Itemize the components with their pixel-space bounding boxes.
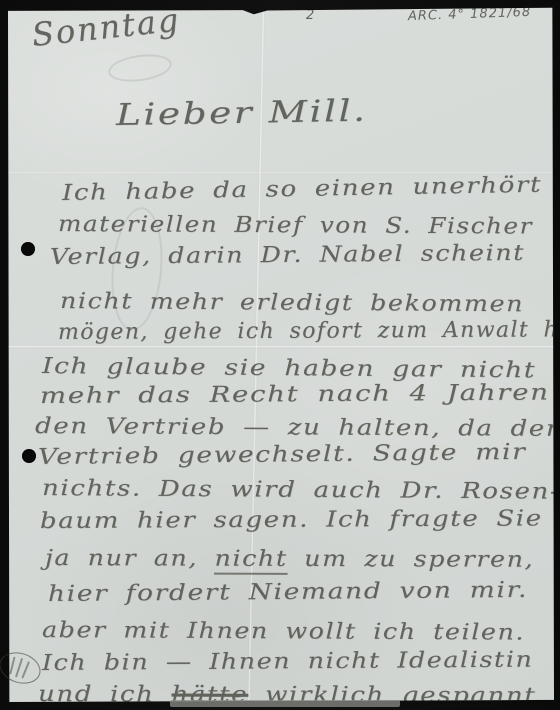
letter-line: hier fordert Niemand von mir. — [48, 580, 528, 606]
letter-line: Ich glaube sie haben gar nicht — [42, 356, 536, 382]
letter-line: mögen, gehe ich sofort zum Anwalt hier. — [58, 319, 560, 344]
stamp-text-line — [9, 657, 15, 675]
letter-paper: 2 ARC. 4° 1821/68 Sonntag Lieber Mill. I… — [8, 7, 554, 702]
letter-line-text: um zu sperren, — [288, 547, 535, 573]
letter-line-text: mehr das Recht nach 4 Jahren — [40, 380, 550, 409]
page-number: 2 — [306, 8, 314, 23]
show-through-mark — [107, 51, 174, 86]
letter-line-text: materiellen Brief von S. Fischer — [58, 212, 533, 239]
letter-line-text: hier fordert Niemand von mir. — [48, 578, 528, 607]
letter-line-text: Ich habe da so einen unerhört — [62, 173, 543, 206]
punch-hole-bottom — [22, 449, 36, 463]
salutation: Lieber Mill. — [116, 97, 368, 131]
photo-background: 2 ARC. 4° 1821/68 Sonntag Lieber Mill. I… — [0, 0, 560, 710]
stamp-text-line — [21, 661, 29, 678]
letter-line: ja nur an, nicht um zu sperren, — [45, 548, 534, 572]
letter-line: aber mit Ihnen wollt ich teilen. — [42, 620, 525, 645]
letter-line-text: mögen, gehe ich sofort zum Anwalt hier. — [58, 317, 560, 345]
letter-line: den Vertrieb — zu halten, da der — [35, 416, 560, 441]
punch-hole-top — [21, 242, 35, 256]
letter-line-text: nicht mehr erledigt bekommen — [60, 289, 524, 317]
letter-line-text: aber mit Ihnen wollt ich teilen. — [42, 618, 525, 646]
archive-number: ARC. 4° 1821/68 — [408, 5, 532, 24]
letter-line: baum hier sagen. Ich fragte Sie — [40, 508, 543, 533]
letter-line: Ich bin — Ihnen nicht Idealistin — [42, 650, 534, 675]
letter-line-text: den Vertrieb — zu halten, da der — [35, 414, 560, 442]
letter-line: nichts. Das wird auch Dr. Rosen- — [42, 478, 560, 504]
horizontal-fold-crease — [8, 346, 554, 349]
letter-line-text: baum hier sagen. Ich fragte Sie — [40, 506, 543, 534]
letter-line: mehr das Recht nach 4 Jahren — [40, 382, 550, 408]
letter-line-text: Vertrieb gewechselt. Sagte mir — [38, 440, 527, 470]
date-line: Sonntag — [30, 4, 181, 51]
letter-line: Vertrieb gewechselt. Sagte mir — [38, 442, 527, 469]
letter-line-text: Verlag, darin Dr. Nabel scheint — [50, 241, 525, 270]
letter-line: nicht mehr erledigt bekommen — [60, 291, 524, 316]
letter-line-text: nichts. Das wird auch Dr. Rosen- — [42, 476, 560, 505]
letter-line-text: Ich bin — Ihnen nicht Idealistin — [42, 648, 534, 676]
letter-line-text: und ich — [38, 682, 172, 707]
underlying-page-edge — [170, 700, 400, 707]
letter-line-text: ja nur an, — [45, 546, 215, 572]
underlined-word: nicht — [215, 547, 288, 575]
letter-line: Ich habe da so einen unerhört — [62, 175, 542, 205]
letter-line: Verlag, darin Dr. Nabel scheint — [50, 243, 525, 269]
letter-line-text: Ich glaube sie haben gar nicht — [42, 354, 536, 383]
letter-line: materiellen Brief von S. Fischer — [58, 214, 533, 238]
